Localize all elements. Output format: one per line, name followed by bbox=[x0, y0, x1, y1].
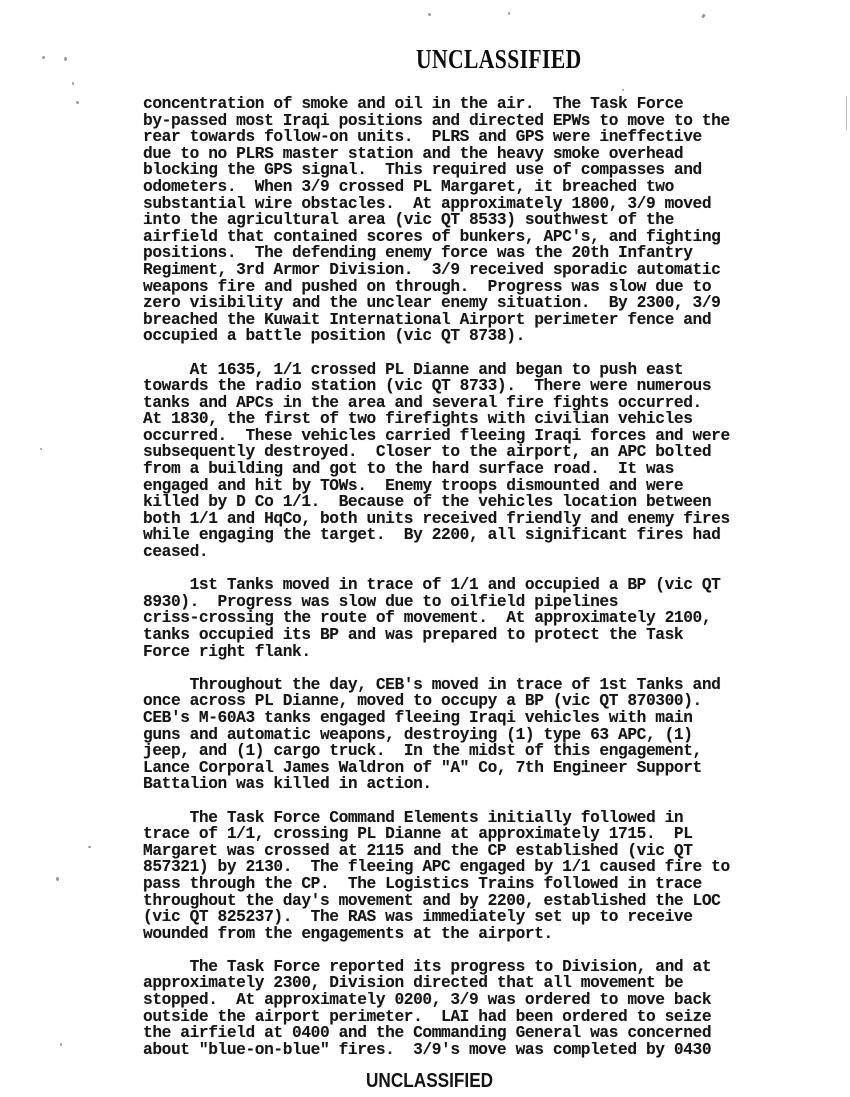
scan-speck bbox=[428, 13, 431, 16]
paragraph-4: Throughout the day, CEB's moved in trace… bbox=[143, 677, 783, 793]
classification-header: UNCLASSIFIED bbox=[416, 44, 582, 75]
paragraph-2: At 1635, 1/1 crossed PL Dianne and began… bbox=[143, 362, 783, 561]
document-body: concentration of smoke and oil in the ai… bbox=[143, 96, 783, 1075]
scan-speck bbox=[622, 89, 624, 91]
scan-speck bbox=[690, 264, 692, 266]
scan-speck bbox=[508, 12, 510, 15]
paragraph-1: concentration of smoke and oil in the ai… bbox=[143, 96, 783, 345]
scan-speck bbox=[56, 877, 59, 881]
scan-speck bbox=[64, 57, 67, 61]
scan-speck bbox=[40, 448, 42, 450]
paragraph-5: The Task Force Command Elements initiall… bbox=[143, 810, 783, 943]
scan-speck bbox=[88, 846, 91, 848]
scan-edge-mark bbox=[846, 96, 847, 130]
paragraph-3: 1st Tanks moved in trace of 1/1 and occu… bbox=[143, 577, 783, 660]
scan-speck bbox=[72, 82, 74, 85]
scan-speck bbox=[60, 1043, 62, 1046]
paragraph-6: The Task Force reported its progress to … bbox=[143, 959, 783, 1059]
scan-speck bbox=[701, 14, 706, 19]
document-page: UNCLASSIFIED concentration of smoke and … bbox=[0, 0, 850, 1097]
classification-footer: UNCLASSIFIED bbox=[366, 1070, 493, 1093]
scan-speck bbox=[76, 101, 79, 104]
scan-speck bbox=[42, 56, 45, 59]
